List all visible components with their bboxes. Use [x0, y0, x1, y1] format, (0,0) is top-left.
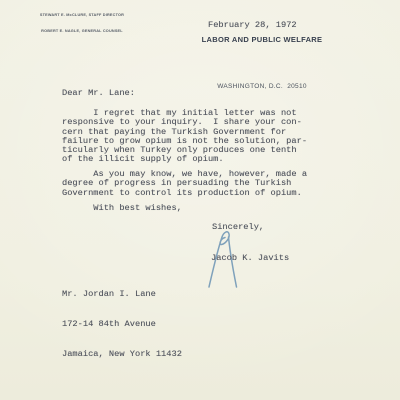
general-counsel-line: ROBERT E. NAGLE, GENERAL COUNSEL: [37, 29, 127, 34]
body-paragraph-2: As you may know, we have, however, made …: [62, 170, 307, 198]
committee-city-line: WASHINGTON, D.C. 20510: [188, 83, 336, 90]
recipient-address-block: Mr. Jordan I. Lane 172-14 84th Avenue Ja…: [62, 269, 182, 379]
salutation: Dear Mr. Lane:: [62, 89, 135, 98]
recipient-name: Mr. Jordan I. Lane: [62, 289, 182, 299]
recipient-city: Jamaica, New York 11432: [62, 349, 182, 359]
letter-page: STEWART E. McCLURE, STAFF DIRECTOR ROBER…: [0, 0, 400, 400]
recipient-street: 172-14 84th Avenue: [62, 319, 182, 329]
letterhead-committee-block: LABOR AND PUBLIC WELFARE WASHINGTON, D.C…: [188, 0, 336, 126]
body-paragraph-1: I regret that my initial letter was not …: [62, 109, 307, 165]
signer-name: Jacob K. Javits: [211, 254, 289, 263]
letterhead-staff-block: STEWART E. McCLURE, STAFF DIRECTOR ROBER…: [37, 3, 127, 45]
committee-name: LABOR AND PUBLIC WELFARE: [188, 36, 336, 44]
date-line: February 28, 1972: [208, 21, 297, 30]
staff-director-line: STEWART E. McCLURE, STAFF DIRECTOR: [37, 13, 127, 18]
closing-wish: With best wishes,: [62, 204, 182, 213]
